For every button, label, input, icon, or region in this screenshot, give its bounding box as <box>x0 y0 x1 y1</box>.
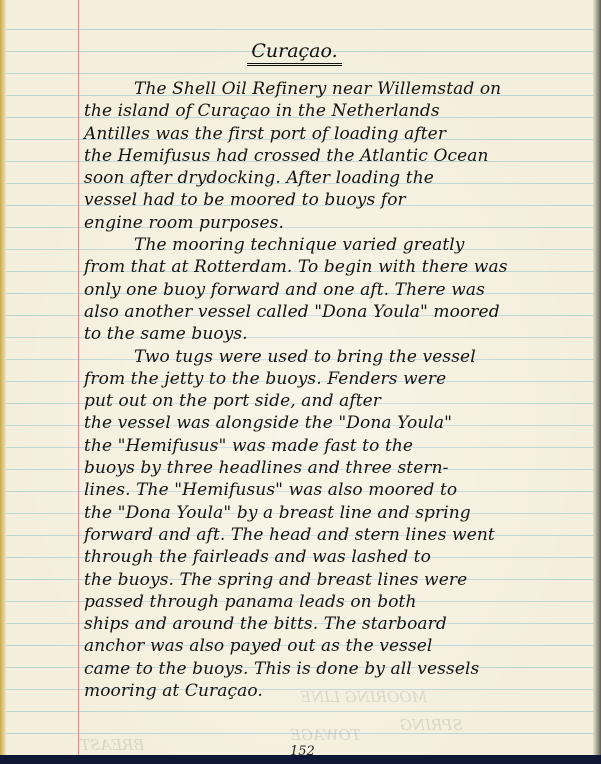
text-line: mooring at Curaçao. <box>84 680 594 702</box>
page-title: Curaçao. <box>0 40 601 66</box>
text-line: anchor was also payed out as the vessel <box>84 635 594 657</box>
text-line: put out on the port side, and after <box>84 390 594 412</box>
text-line: from the jetty to the buoys. Fenders wer… <box>84 368 594 390</box>
text-line: The mooring technique varied greatly <box>84 234 594 256</box>
text-line: vessel had to be moored to buoys for <box>84 189 594 211</box>
page-title-text: Curaçao. <box>247 40 341 66</box>
text-line: the "Hemifusus" was made fast to the <box>84 435 594 457</box>
text-line: ships and around the bitts. The starboar… <box>84 613 594 635</box>
text-line: from that at Rotterdam. To begin with th… <box>84 256 594 278</box>
page-right-edge <box>593 0 601 764</box>
text-line: forward and aft. The head and stern line… <box>84 524 594 546</box>
text-line: lines. The "Hemifusus" was also moored t… <box>84 479 594 501</box>
text-line: the vessel was alongside the "Dona Youla… <box>84 412 594 434</box>
scan-border <box>0 755 601 764</box>
text-line: soon after drydocking. After loading the <box>84 167 594 189</box>
text-line: through the fairleads and was lashed to <box>84 546 594 568</box>
text-line: Antilles was the first port of loading a… <box>84 123 594 145</box>
text-line: Two tugs were used to bring the vessel <box>84 346 594 368</box>
bleed-through-text: SPRING <box>400 716 463 734</box>
text-line: also another vessel called "Dona Youla" … <box>84 301 594 323</box>
text-line: the island of Curaçao in the Netherlands <box>84 100 594 122</box>
text-line: only one buoy forward and one aft. There… <box>84 279 594 301</box>
notebook-page: MOORING LINE TOWAGE SPRING BREAST Curaça… <box>0 0 601 764</box>
page-left-edge <box>0 0 6 764</box>
text-line: came to the buoys. This is done by all v… <box>84 658 594 680</box>
handwritten-body: The Shell Oil Refinery near Willemstad o… <box>84 78 594 702</box>
text-line: buoys by three headlines and three stern… <box>84 457 594 479</box>
text-line: the Hemifusus had crossed the Atlantic O… <box>84 145 594 167</box>
text-line: to the same buoys. <box>84 323 594 345</box>
text-line: The Shell Oil Refinery near Willemstad o… <box>84 78 594 100</box>
margin-rule <box>78 0 79 755</box>
bleed-through-text: TOWAGE <box>290 726 361 744</box>
text-line: the "Dona Youla" by a breast line and sp… <box>84 502 594 524</box>
text-line: passed through panama leads on both <box>84 591 594 613</box>
bleed-through-text: BREAST <box>80 736 144 754</box>
text-line: engine room purposes. <box>84 212 594 234</box>
text-line: the buoys. The spring and breast lines w… <box>84 569 594 591</box>
